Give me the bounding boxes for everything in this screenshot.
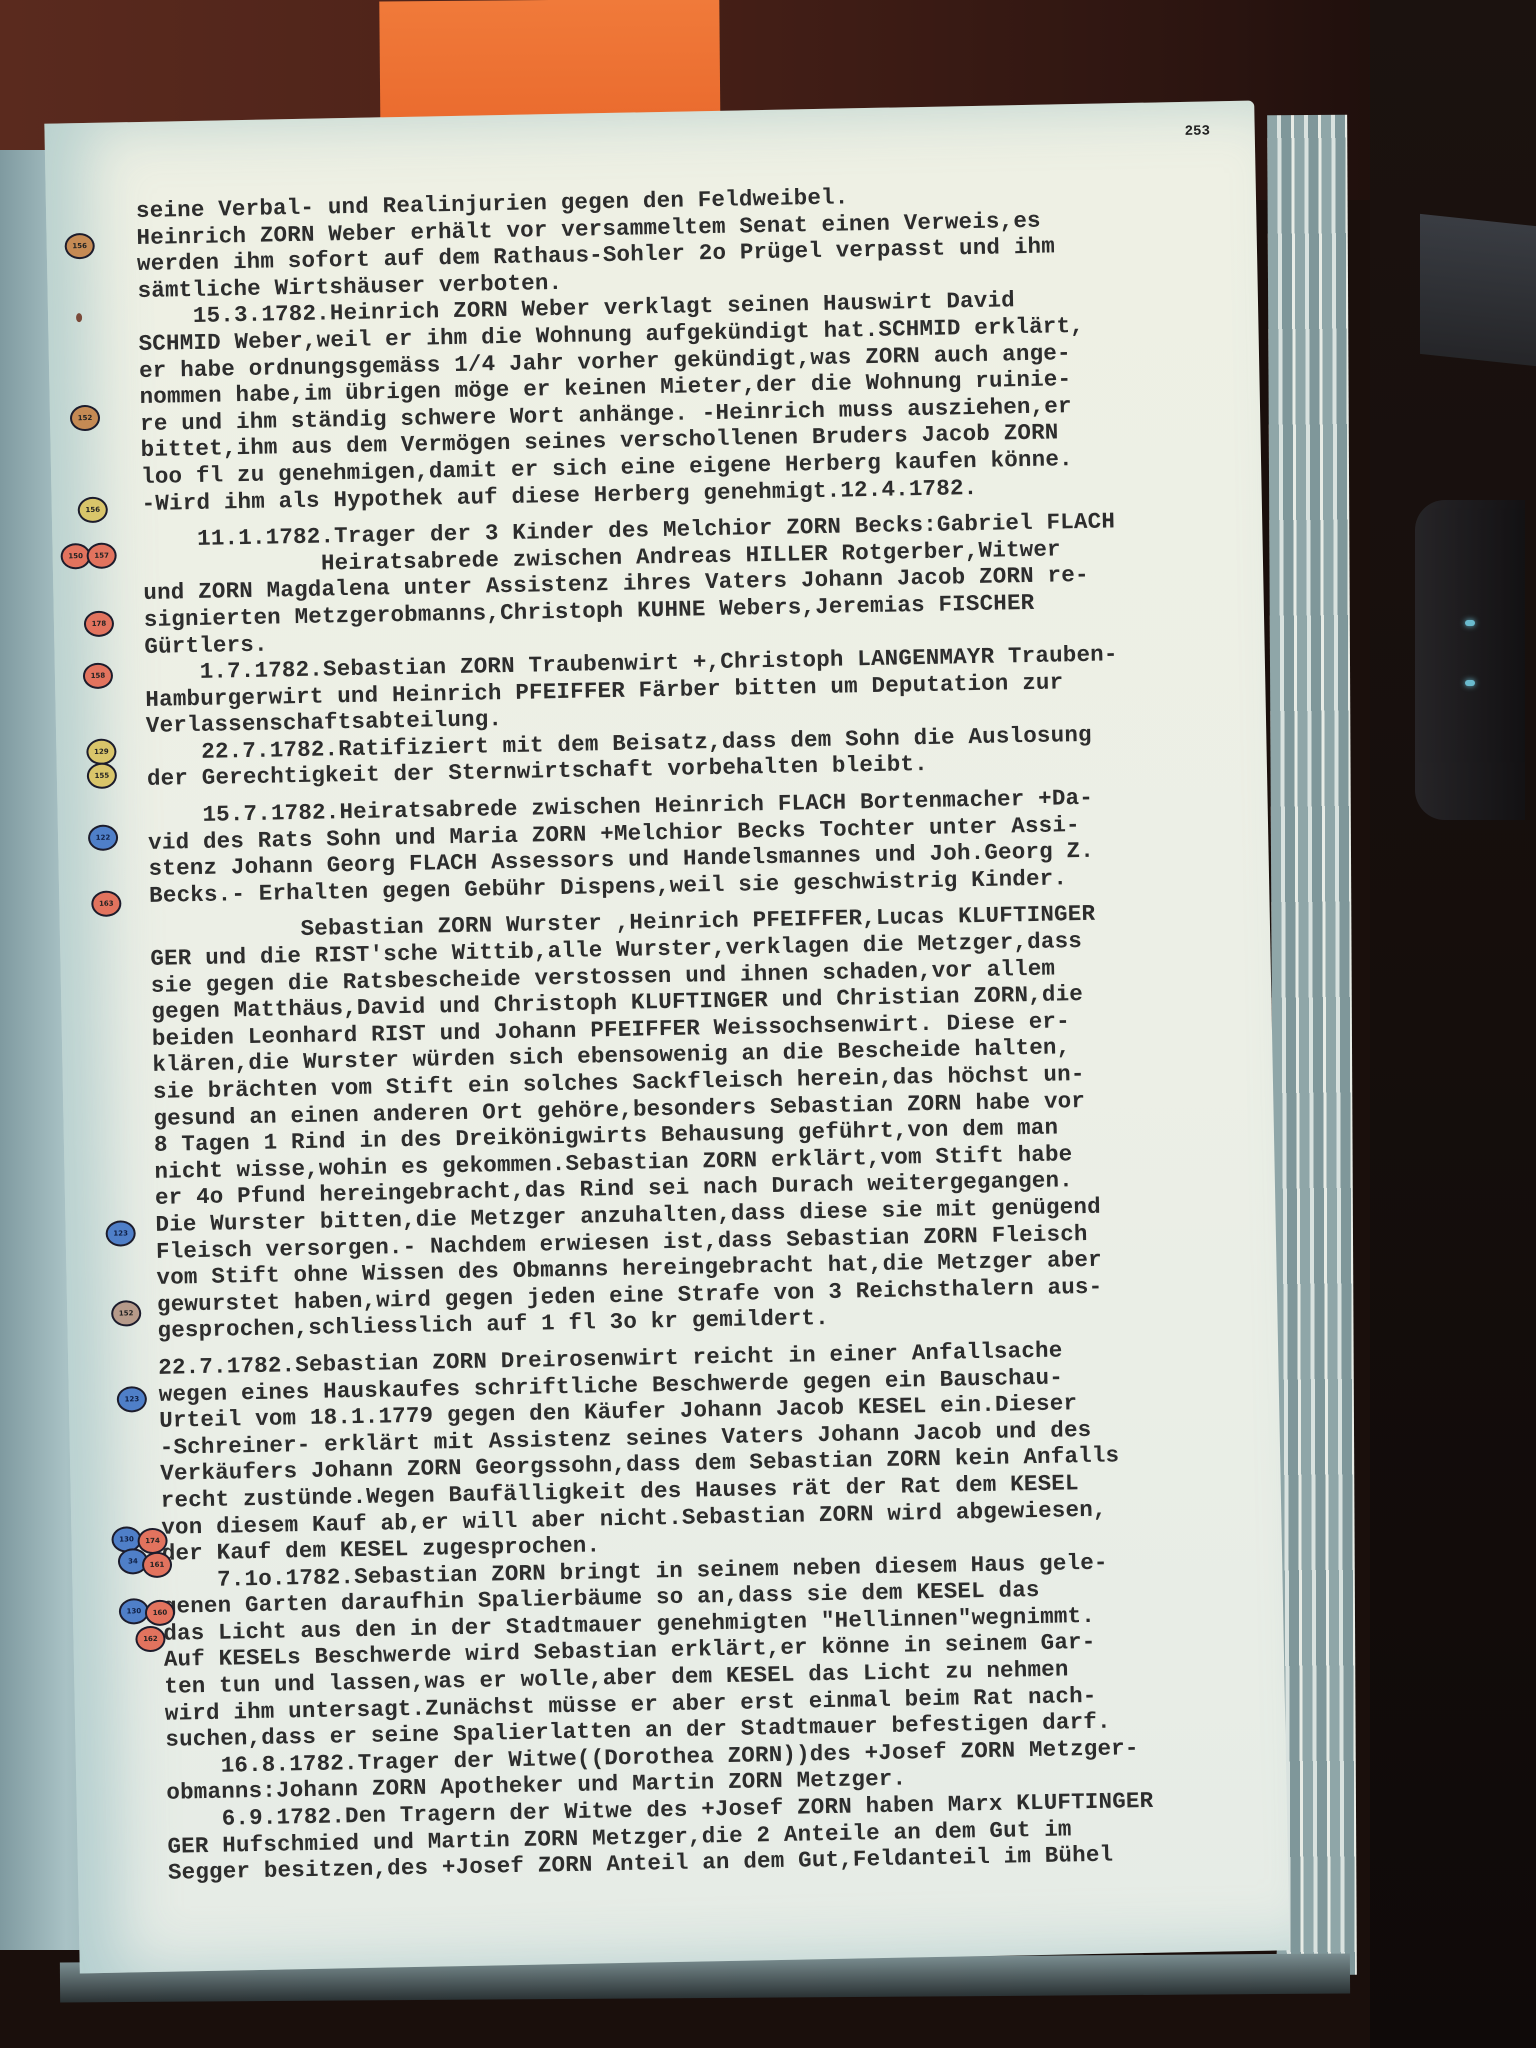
book-cover-edge	[1420, 214, 1536, 366]
document-page: 253 seine Verbal- und Realinjurien gegen…	[44, 101, 1289, 1974]
margin-sticker: 129	[86, 739, 116, 766]
page-number: 253	[1185, 123, 1211, 139]
typed-text-body: seine Verbal- und Realinjurien gegen den…	[136, 177, 1278, 1887]
margin-sticker: 152	[70, 405, 100, 432]
margin-sticker: 156	[64, 233, 94, 260]
margin-sticker: 155	[87, 763, 117, 790]
margin-sticker: 163	[91, 890, 121, 917]
margin-sticker: 158	[83, 663, 113, 690]
margin-sticker: 152	[111, 1300, 141, 1327]
background-device	[1415, 500, 1525, 820]
margin-sticker: 156	[78, 497, 108, 524]
device-indicator-light	[1465, 620, 1475, 626]
margin-sticker: 178	[84, 611, 114, 638]
margin-sticker: 123	[117, 1386, 147, 1413]
device-indicator-light	[1465, 680, 1475, 686]
margin-dot	[76, 313, 82, 322]
margin-sticker: 122	[88, 825, 118, 852]
margin-sticker: 162	[135, 1626, 165, 1653]
margin-sticker: 123	[105, 1220, 135, 1247]
margin-sticker: 157	[86, 542, 116, 569]
